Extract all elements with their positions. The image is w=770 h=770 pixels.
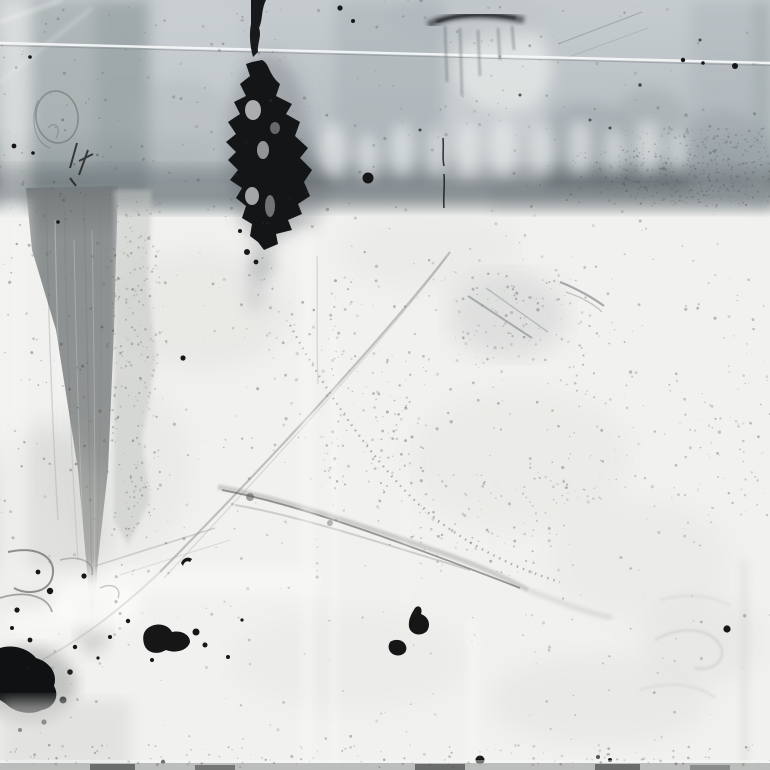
photo-canvas bbox=[0, 0, 770, 770]
bottom-strip bbox=[0, 760, 770, 770]
abstract-photo bbox=[0, 0, 770, 770]
